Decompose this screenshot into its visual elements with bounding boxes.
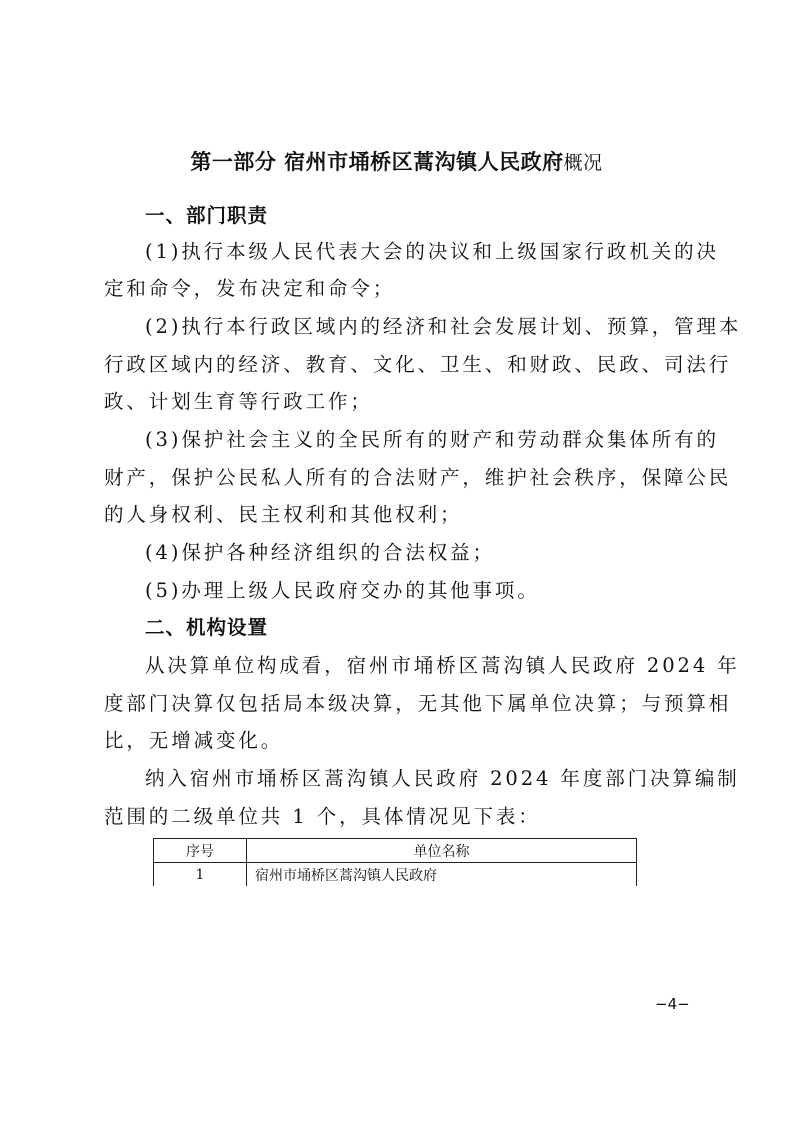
paragraph-line: (1)执行本级人民代表大会的决议和上级国家行政机关的决 xyxy=(145,236,719,264)
page-title-suffix: 概况 xyxy=(564,152,603,174)
paragraph-line: 从决算单位构成看，宿州市埇桥区蒿沟镇人民政府 2024 年 xyxy=(145,650,740,678)
paragraph-line: 范围的二级单位共 1 个，具体情况见下表： xyxy=(104,801,541,829)
paragraph-line: 政、计划生育等行政工作； xyxy=(104,386,373,414)
paragraph-line: 财产，保护公民私人所有的合法财产，维护社会秩序，保障公民 xyxy=(104,462,731,490)
column-header-index: 序号 xyxy=(154,839,247,863)
page-title-main: 第一部分 宿州市埇桥区蒿沟镇人民政府 xyxy=(190,150,563,174)
column-header-unit-name: 单位名称 xyxy=(247,839,637,863)
table-header-row: 序号 单位名称 xyxy=(154,839,637,863)
paragraph-line: 定和命令，发布决定和命令； xyxy=(104,273,395,301)
paragraph-line: 的人身权利、民主权利和其他权利； xyxy=(104,499,462,527)
paragraph-line: 行政区域内的经济、教育、文化、卫生、和财政、民政、司法行 xyxy=(104,349,731,377)
units-table: 序号 单位名称 1 宿州市埇桥区蒿沟镇人民政府 xyxy=(153,838,637,886)
section-heading-structure: 二、机构设置 xyxy=(145,612,268,640)
cell-index: 1 xyxy=(154,863,247,887)
cell-unit-name: 宿州市埇桥区蒿沟镇人民政府 xyxy=(247,863,637,887)
section-heading-duties: 一、部门职责 xyxy=(145,200,268,228)
table-row: 1 宿州市埇桥区蒿沟镇人民政府 xyxy=(154,863,637,887)
document-page: 第一部分 宿州市埇桥区蒿沟镇人民政府概况 一、部门职责 (1)执行本级人民代表大… xyxy=(0,0,793,1122)
paragraph-line: (2)执行本行政区域内的经济和社会发展计划、预算，管理本 xyxy=(145,311,741,339)
page-number: −4− xyxy=(655,995,690,1013)
paragraph-line: (4)保护各种经济组织的合法权益； xyxy=(145,537,495,565)
paragraph-line: 度部门决算仅包括局本级决算，无其他下属单位决算；与预算相 xyxy=(104,688,731,716)
page-title: 第一部分 宿州市埇桥区蒿沟镇人民政府概况 xyxy=(0,146,793,176)
paragraph-line: (5)办理上级人民政府交办的其他事项。 xyxy=(145,575,540,603)
paragraph-line: (3)保护社会主义的全民所有的财产和劳动群众集体所有的 xyxy=(145,424,719,452)
paragraph-line: 比，无增减变化。 xyxy=(104,725,283,753)
paragraph-line: 纳入宿州市埇桥区蒿沟镇人民政府 2024 年度部门决算编制 xyxy=(145,763,740,791)
